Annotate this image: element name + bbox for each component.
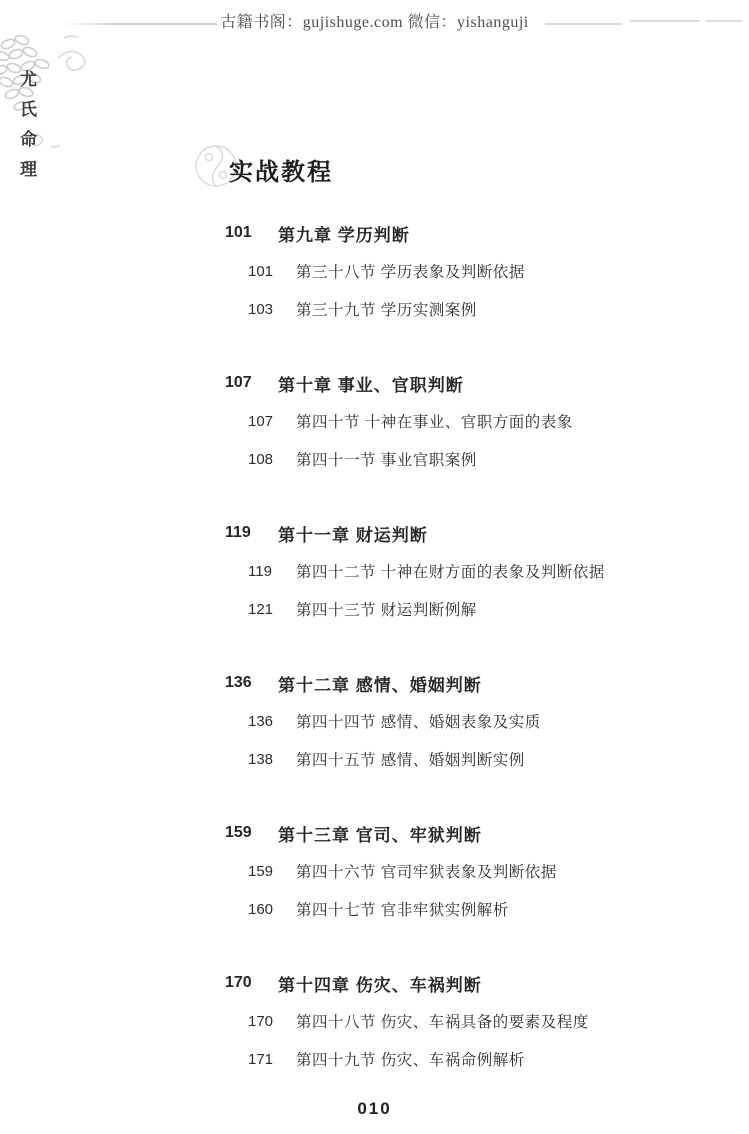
toc-section-row: 171第四十九节 伤灾、车祸命例解析	[225, 1040, 735, 1078]
section-title: 第四十节 十神在事业、官职方面的表象	[296, 410, 573, 432]
toc-group: 101第九章 学历判断101第三十八节 学历表象及判断依据103第三十九节 学历…	[225, 214, 735, 328]
chapter-page-number: 101	[225, 224, 278, 242]
toc-section-row: 160第四十七节 官非牢狱实例解析	[225, 890, 735, 928]
header-rule-right	[706, 20, 742, 22]
toc-group: 136第十二章 感情、婚姻判断136第四十四节 感情、婚姻表象及实质138第四十…	[225, 664, 735, 778]
section-page-number: 171	[248, 1051, 296, 1068]
toc-group: 107第十章 事业、官职判断107第四十节 十神在事业、官职方面的表象108第四…	[225, 364, 735, 478]
chapter-title: 第九章 学历判断	[278, 221, 410, 246]
chapter-page-number: 107	[225, 374, 278, 392]
section-title: 第四十五节 感情、婚姻判断实例	[296, 748, 525, 770]
section-title: 第四十三节 财运判断例解	[296, 598, 477, 620]
toc-section-row: 159第四十六节 官司牢狱表象及判断依据	[225, 852, 735, 890]
chapter-title: 第十二章 感情、婚姻判断	[278, 671, 482, 696]
chapter-page-number: 170	[225, 974, 278, 992]
chapter-title: 第十章 事业、官职判断	[278, 371, 464, 396]
header-watermark-text: 古籍书阁：gujishuge.com 微信：yishanguji	[0, 12, 749, 34]
toc-chapter-row: 159第十三章 官司、牢狱判断	[225, 814, 735, 852]
toc-section-row: 121第四十三节 财运判断例解	[225, 590, 735, 628]
toc-section-row: 103第三十九节 学历实测案例	[225, 290, 735, 328]
toc-section-row: 138第四十五节 感情、婚姻判断实例	[225, 740, 735, 778]
toc-list: 101第九章 学历判断101第三十八节 学历表象及判断依据103第三十九节 学历…	[225, 214, 735, 1114]
toc-group: 170第十四章 伤灾、车祸判断170第四十八节 伤灾、车祸具备的要素及程度171…	[225, 964, 735, 1078]
section-title: 第四十四节 感情、婚姻表象及实质	[296, 710, 541, 732]
section-page-number: 138	[248, 751, 296, 768]
toc-group: 119第十一章 财运判断119第四十二节 十神在财方面的表象及判断依据121第四…	[225, 514, 735, 628]
section-title: 第四十九节 伤灾、车祸命例解析	[296, 1048, 525, 1070]
section-title: 第三十八节 学历表象及判断依据	[296, 260, 525, 282]
section-title: 第四十八节 伤灾、车祸具备的要素及程度	[296, 1010, 589, 1032]
section-title: 第三十九节 学历实测案例	[296, 298, 477, 320]
section-page-number: 101	[248, 263, 296, 280]
section-page-number: 160	[248, 901, 296, 918]
section-page-number: 103	[248, 301, 296, 318]
section-page-number: 108	[248, 451, 296, 468]
toc-section-row: 108第四十一节 事业官职案例	[225, 440, 735, 478]
section-title: 第四十六节 官司牢狱表象及判断依据	[296, 860, 557, 882]
chapter-title: 第十四章 伤灾、车祸判断	[278, 971, 482, 996]
section-title: 第四十七节 官非牢狱实例解析	[296, 898, 509, 920]
section-title: 第四十二节 十神在财方面的表象及判断依据	[296, 560, 605, 582]
toc-section-row: 170第四十八节 伤灾、车祸具备的要素及程度	[225, 1002, 735, 1040]
toc-section-row: 107第四十节 十神在事业、官职方面的表象	[225, 402, 735, 440]
toc-chapter-row: 119第十一章 财运判断	[225, 514, 735, 552]
section-page-number: 136	[248, 713, 296, 730]
toc-chapter-row: 101第九章 学历判断	[225, 214, 735, 252]
toc-chapter-row: 170第十四章 伤灾、车祸判断	[225, 964, 735, 1002]
toc-chapter-row: 107第十章 事业、官职判断	[225, 364, 735, 402]
section-page-number: 159	[248, 863, 296, 880]
section-heading: 实战教程	[229, 152, 333, 187]
toc-section-row: 136第四十四节 感情、婚姻表象及实质	[225, 702, 735, 740]
toc-group: 159第十三章 官司、牢狱判断159第四十六节 官司牢狱表象及判断依据160第四…	[225, 814, 735, 928]
chapter-page-number: 159	[225, 824, 278, 842]
toc-section-row: 119第四十二节 十神在财方面的表象及判断依据	[225, 552, 735, 590]
section-page-number: 170	[248, 1013, 296, 1030]
header-rule-right	[545, 23, 622, 25]
sidebar-vertical-title: 尤氏命理	[14, 70, 39, 190]
toc-section-row: 101第三十八节 学历表象及判断依据	[225, 252, 735, 290]
chapter-page-number: 136	[225, 674, 278, 692]
section-page-number: 107	[248, 413, 296, 430]
section-page-number: 119	[248, 563, 296, 580]
toc-chapter-row: 136第十二章 感情、婚姻判断	[225, 664, 735, 702]
section-title: 第四十一节 事业官职案例	[296, 448, 477, 470]
chapter-page-number: 119	[225, 524, 278, 542]
chapter-title: 第十一章 财运判断	[278, 521, 428, 546]
header-rule-right	[630, 20, 700, 22]
page-number: 010	[0, 1099, 749, 1119]
section-page-number: 121	[248, 601, 296, 618]
chapter-title: 第十三章 官司、牢狱判断	[278, 821, 482, 846]
